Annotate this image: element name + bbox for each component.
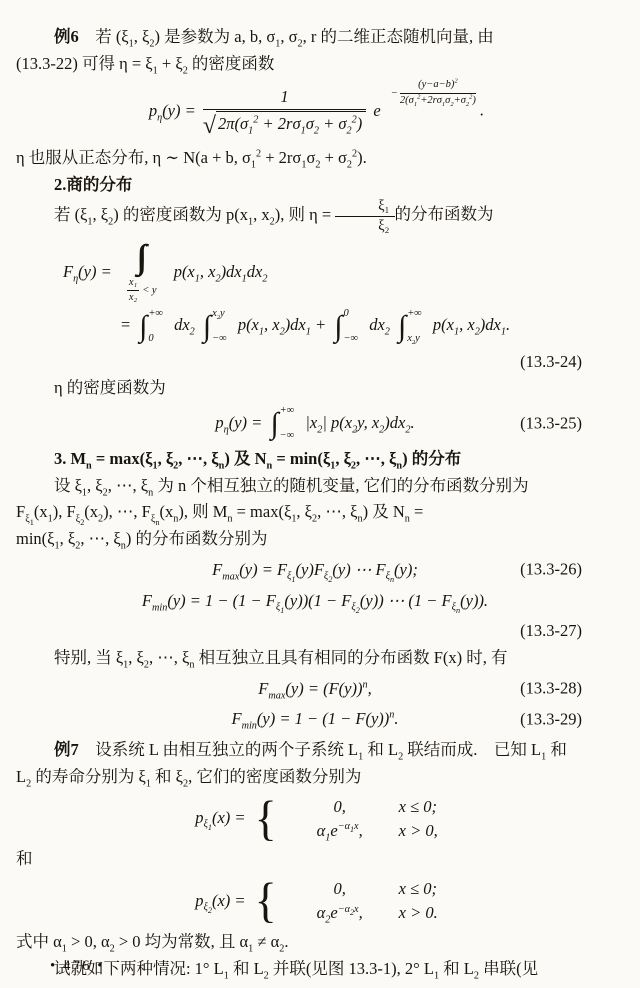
page-number: • 476 • bbox=[50, 954, 105, 978]
equation-lhs: Fη(y) = bbox=[63, 262, 112, 281]
equation-lhs: pξ2(x) = bbox=[195, 888, 245, 915]
equation-pdf-xi2: pξ2(x) = { 0,x ≤ 0; α2e−α2x,x > 0. bbox=[16, 877, 614, 925]
exponent-numerator: (y−a−b)2 bbox=[400, 79, 476, 94]
equation-period: . bbox=[480, 101, 484, 120]
integral-body: |x2| p(x2y, x2)dx2. bbox=[305, 413, 414, 432]
equation-number-13-3-26: (13.3-26) bbox=[520, 557, 582, 584]
integration-region: x₁ x₂ < y bbox=[127, 277, 157, 304]
equation-lhs: pη(y) = bbox=[149, 101, 196, 120]
setup-line-1: 设 ξ1, ξ2, ⋯, ξn 为 n 个相互独立的随机变量, 它们的分布函数分… bbox=[16, 473, 614, 500]
textbook-page: 例6 若 (ξ1, ξ2) 是参数为 a, b, σ1, σ2, r 的二维正态… bbox=[0, 0, 640, 988]
fraction-numerator: 1 bbox=[203, 87, 366, 110]
square-root: √ 2π(σ12 + 2rσ1σ2 + σ22) bbox=[203, 111, 366, 135]
setup-line-3: min(ξ1, ξ2, ⋯, ξn) 的分布函数分别为 bbox=[16, 526, 614, 553]
equation-fmax-iid: Fmax(y) = (F(y))n, (13.3-28) bbox=[16, 676, 614, 703]
normal-distribution-note: η 也服从正态分布, η ∼ N(a + b, σ12 + 2rσ1σ2 + σ… bbox=[16, 145, 614, 172]
equation-quotient-pdf: pη(y) = ∫ +∞−∞ |x2| p(x2y, x2)dx2. (13.3… bbox=[16, 406, 614, 442]
exponent-denominator: 2(σ12+2rσ1σ2+σ22) bbox=[400, 94, 476, 108]
exponent-minus: − bbox=[391, 85, 398, 102]
integral-sign: ∫ bbox=[139, 312, 147, 342]
equation-number-13-3-24: (13.3-24) bbox=[16, 349, 614, 376]
task-line: 试就如下两种情况: 1° L1 和 L2 并联(见图 13.3-1), 2° L… bbox=[16, 956, 614, 983]
section-heading-max-min: 3. Mn = max(ξ1, ξ2, ⋯, ξn) 及 Nn = min(ξ1… bbox=[16, 446, 614, 473]
equation-fmin: Fmin(y) = 1 − (1 − Fξ1(y))(1 − Fξ2(y)) ⋯… bbox=[16, 588, 614, 615]
fraction-denominator: √ 2π(σ12 + 2rσ1σ2 + σ22) bbox=[203, 110, 366, 137]
integrand: p(x1, x2)dx1dx2 bbox=[174, 262, 268, 281]
integral-1: ∫ +∞0 bbox=[139, 309, 166, 345]
equation-number-13-3-28: (13.3-28) bbox=[520, 676, 582, 703]
equation-lhs: pη(y) = bbox=[215, 413, 262, 432]
brace: { bbox=[255, 794, 277, 842]
section-heading-quotient: 2.商的分布 bbox=[16, 172, 614, 199]
piecewise-cases: 0,x ≤ 0; α1e−α1x,x > 0, bbox=[281, 795, 438, 843]
equation-fmin-iid: Fmin(y) = 1 − (1 − F(y))n. (13.3-29) bbox=[16, 706, 614, 733]
piecewise-cases: 0,x ≤ 0; α2e−α2x,x > 0. bbox=[281, 877, 438, 925]
integral-sign: ∫ bbox=[270, 409, 278, 439]
quotient-intro-pre: 若 (ξ1, ξ2) 的密度函数为 p(x1, x2), 则 η = bbox=[54, 205, 331, 224]
integral-sign: ∫ bbox=[398, 312, 406, 342]
xi-ratio-fraction: ξ₁ ξ₂ bbox=[335, 198, 394, 234]
exponent-block: − (y−a−b)2 2(σ12+2rσ1σ2+σ22) bbox=[391, 79, 476, 107]
density-intro-line: η 的密度函数为 bbox=[16, 375, 614, 402]
setup-line-2: Fξ1(x1), Fξ2(x2), ⋯, Fξn(xn), 则 Mn = max… bbox=[16, 499, 614, 526]
example6-paragraph-line1: 例6 若 (ξ1, ξ2) 是参数为 a, b, σ1, σ2, r 的二维正态… bbox=[16, 24, 614, 51]
special-case-line: 特别, 当 ξ1, ξ2, ⋯, ξn 相互独立且具有相同的分布函数 F(x) … bbox=[16, 645, 614, 672]
main-fraction: 1 √ 2π(σ12 + 2rσ1σ2 + σ22) bbox=[203, 87, 366, 137]
equation-quotient-cdf-line1: Fη(y) = ∫∫ x₁ x₂ < y p(x1, x2)dx1dx2 bbox=[16, 242, 614, 304]
double-integral: ∫∫ x₁ x₂ < y bbox=[127, 242, 157, 304]
equation-pdf-xi1: pξ1(x) = { 0,x ≤ 0; α1e−α1x,x > 0, bbox=[16, 795, 614, 843]
equation-sum-density: pη(y) = 1 √ 2π(σ12 + 2rσ1σ2 + σ22) e − (… bbox=[16, 87, 614, 137]
integral-sign: ∫ bbox=[334, 312, 342, 342]
integral-2: ∫ x2y−∞ bbox=[203, 309, 230, 345]
and-connector: 和 bbox=[16, 846, 614, 873]
example7-paragraph-line1: 例7 设系统 L 由相互独立的两个子系统 L1 和 L2 联结而成. 已知 L1… bbox=[16, 737, 614, 764]
exponential-base: e bbox=[373, 101, 380, 120]
equation-number-13-3-25: (13.3-25) bbox=[520, 411, 582, 438]
brace: { bbox=[255, 877, 277, 925]
example7-paragraph-line2: L2 的寿命分别为 ξ1 和 ξ2, 它们的密度函数分别为 bbox=[16, 764, 614, 791]
integral-3: ∫ 0−∞ bbox=[334, 309, 361, 345]
integral-sign: ∫ bbox=[203, 312, 211, 342]
equation-number-13-3-29: (13.3-29) bbox=[520, 706, 582, 733]
integral-sign: ∫ bbox=[138, 239, 147, 276]
integral: ∫ +∞−∞ bbox=[270, 406, 297, 442]
constants-note: 式中 α1 > 0, α2 > 0 均为常数, 且 α1 ≠ α2. bbox=[16, 929, 614, 956]
radicand: 2π(σ12 + 2rσ1σ2 + σ22) bbox=[216, 111, 366, 135]
equation-fmax: Fmax(y) = Fξ1(y)Fξ2(y) ⋯ Fξn(y); (13.3-2… bbox=[16, 557, 614, 584]
quotient-intro-post: 的分布函数为 bbox=[395, 205, 494, 224]
integral-4: ∫ +∞x2y bbox=[398, 309, 425, 345]
equation-number-13-3-27: (13.3-27) bbox=[16, 618, 614, 645]
example6-paragraph-line2: (13.3-22) 可得 η = ξ1 + ξ2 的密度函数 bbox=[16, 51, 614, 78]
radical-sign: √ bbox=[203, 116, 216, 136]
quotient-intro-line: 若 (ξ1, ξ2) 的密度函数为 p(x1, x2), 则 η = ξ₁ ξ₂… bbox=[16, 198, 614, 234]
equation-quotient-cdf-line2: = ∫ +∞0 dx2 ∫ x2y−∞ p(x1, x2)dx1 + ∫ 0−∞… bbox=[16, 309, 614, 345]
equation-lhs: pξ1(x) = bbox=[195, 805, 245, 832]
